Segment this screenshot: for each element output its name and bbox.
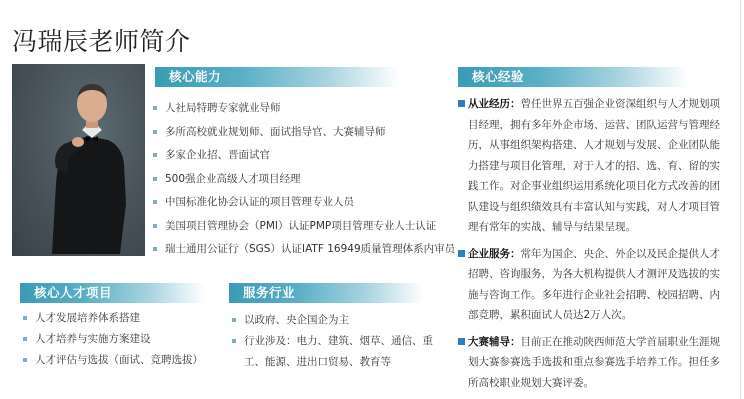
page-title: 冯瑞辰老师简介 [12,22,191,58]
list-item: 以政府、央企国企为主 [229,310,439,331]
experience-item-work-history: 从业经历：曾任世界五百强企业资深组织与人才规划项目经理，拥有多年外企市场、运营、… [458,94,728,238]
list-item: 人才评估与选拔（面试、竞聘选拔） [20,352,203,373]
portrait-photo [12,64,145,256]
list-item: 行业涉及：电力、建筑、烟草、通信、重工、能源、进出口贸易、教育等 [229,331,439,373]
experience-label: 企业服务： [468,248,521,260]
list-item: 人才培养与实施方案建设 [20,331,203,352]
core-talent-projects-list: 人才发展培养体系搭建 人才培养与实施方案建设 人才评估与选拔（面试、竞聘选拔） [20,310,203,373]
section-header-core-talent-projects: 核心人才项目 [20,283,205,303]
section-header-core-experience: 核心经验 [458,67,688,87]
experience-text: 曾任世界五百强企业资深组织与人才规划项目经理，拥有多年外企市场、运营、团队运营与… [468,98,720,233]
experience-item-competition-coaching: 大赛辅导：目前正在推动陕西师范大学首届职业生涯规划大赛参赛选手选拔和重点参赛选手… [458,332,728,394]
list-item: 瑞士通用公证行（SGS）认证IATF 16949质量管理体系内审员 [150,241,455,265]
list-item: 美国项目管理协会（PMI）认证PMP项目管理专业人士认证 [150,218,455,242]
section-header-core-ability: 核心能力 [155,67,400,87]
experience-label: 大赛辅导： [468,336,521,348]
list-item: 中国标准化协会认证的项目管理专业人员 [150,194,455,218]
experience-label: 从业经历： [468,98,521,110]
list-item: 多所高校就业规划师、面试指导官、大赛辅导师 [150,124,455,148]
experience-item-enterprise-service: 企业服务：常年为国企、央企、外企以及民企提供人才招聘、咨询服务，为各大机构提供人… [458,244,728,326]
person-silhouette-icon [12,64,145,256]
core-experience-list: 从业经历：曾任世界五百强企业资深组织与人才规划项目经理，拥有多年外企市场、运营、… [458,94,728,399]
service-industry-list: 以政府、央企国企为主 行业涉及：电力、建筑、烟草、通信、重工、能源、进出口贸易、… [229,310,439,373]
divider [740,0,741,399]
core-ability-list: 人社局特聘专家就业导师 多所高校就业规划师、面试指导官、大赛辅导师 多家企业招、… [150,100,455,265]
teacher-profile-slide: 冯瑞辰老师简介 核心能力 人社局特聘专家就业导师 多所高校就业规划师、面试指导官… [0,0,744,399]
section-header-service-industry: 服务行业 [229,283,424,303]
list-item: 人社局特聘专家就业导师 [150,100,455,124]
list-item: 人才发展培养体系搭建 [20,310,203,331]
list-item: 多家企业招、晋面试官 [150,147,455,171]
list-item: 500强企业高级人才项目经理 [150,171,455,195]
